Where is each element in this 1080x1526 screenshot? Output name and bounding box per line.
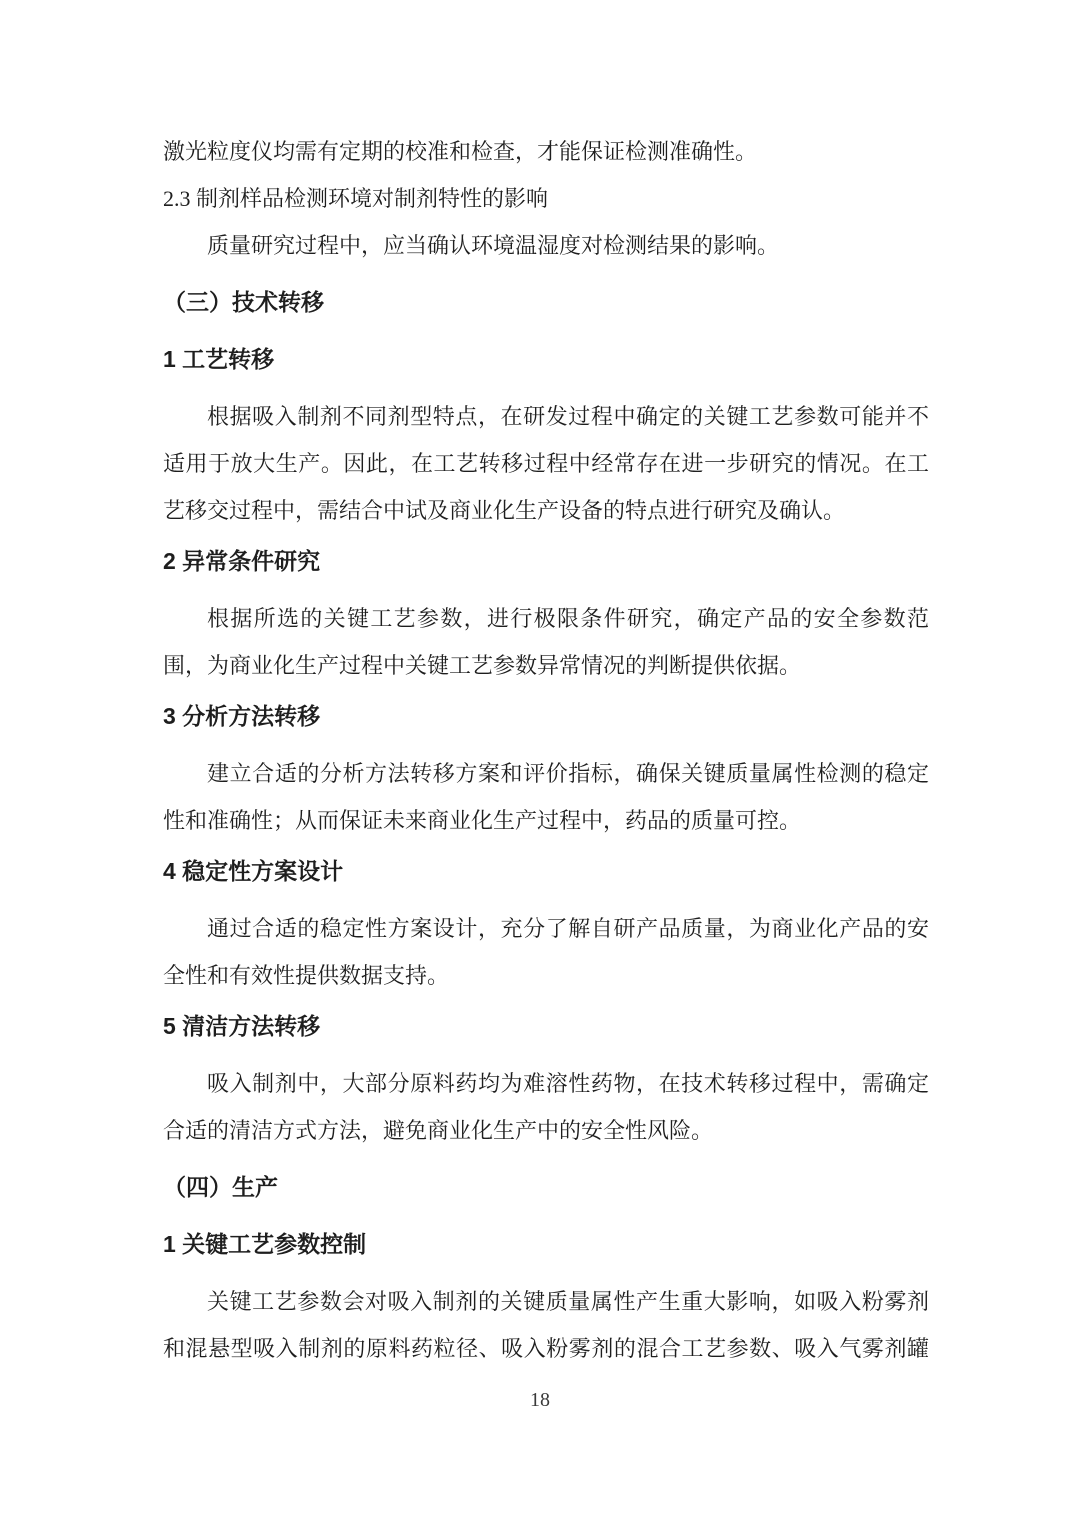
- section-heading-production: （四）生产: [163, 1164, 929, 1211]
- subheading-process-transfer: 1 工艺转移: [163, 336, 929, 383]
- subheading-stability-protocol-design: 4 稳定性方案设计: [163, 848, 929, 895]
- subheading-cleaning-method-transfer: 5 清洁方法转移: [163, 1003, 929, 1050]
- paragraph-laser-particle-analyzer: 激光粒度仪均需有定期的校准和检查，才能保证检测准确性。: [163, 128, 929, 175]
- heading-2-3-sample-test-environment: 2.3 制剂样品检测环境对制剂特性的影响: [163, 175, 929, 222]
- paragraph-analytical-method-transfer: 建立合适的分析方法转移方案和评价指标，确保关键质量属性检测的稳定性和准确性；从而…: [163, 750, 929, 844]
- paragraph-process-transfer: 根据吸入制剂不同剂型特点，在研发过程中确定的关键工艺参数可能并不适用于放大生产。…: [163, 393, 929, 534]
- section-heading-tech-transfer: （三）技术转移: [163, 279, 929, 326]
- subheading-critical-process-parameter-control: 1 关键工艺参数控制: [163, 1221, 929, 1268]
- paragraph-stability-protocol-design: 通过合适的稳定性方案设计，充分了解自研产品质量，为商业化产品的安全性和有效性提供…: [163, 905, 929, 999]
- paragraph-quality-research-environment: 质量研究过程中，应当确认环境温湿度对检测结果的影响。: [163, 222, 929, 269]
- paragraph-abnormal-condition-study: 根据所选的关键工艺参数，进行极限条件研究，确定产品的安全参数范围，为商业化生产过…: [163, 595, 929, 689]
- document-page: 激光粒度仪均需有定期的校准和检查，才能保证检测准确性。 2.3 制剂样品检测环境…: [0, 0, 1080, 1526]
- document-body: 激光粒度仪均需有定期的校准和检查，才能保证检测准确性。 2.3 制剂样品检测环境…: [163, 128, 929, 1372]
- paragraph-critical-process-parameters: 关键工艺参数会对吸入制剂的关键质量属性产生重大影响，如吸入粉雾剂和混悬型吸入制剂…: [163, 1278, 929, 1372]
- page-number: 18: [0, 1388, 1080, 1412]
- paragraph-cleaning-method-transfer: 吸入制剂中，大部分原料药均为难溶性药物，在技术转移过程中，需确定合适的清洁方式方…: [163, 1060, 929, 1154]
- subheading-analytical-method-transfer: 3 分析方法转移: [163, 693, 929, 740]
- subheading-abnormal-condition-study: 2 异常条件研究: [163, 538, 929, 585]
